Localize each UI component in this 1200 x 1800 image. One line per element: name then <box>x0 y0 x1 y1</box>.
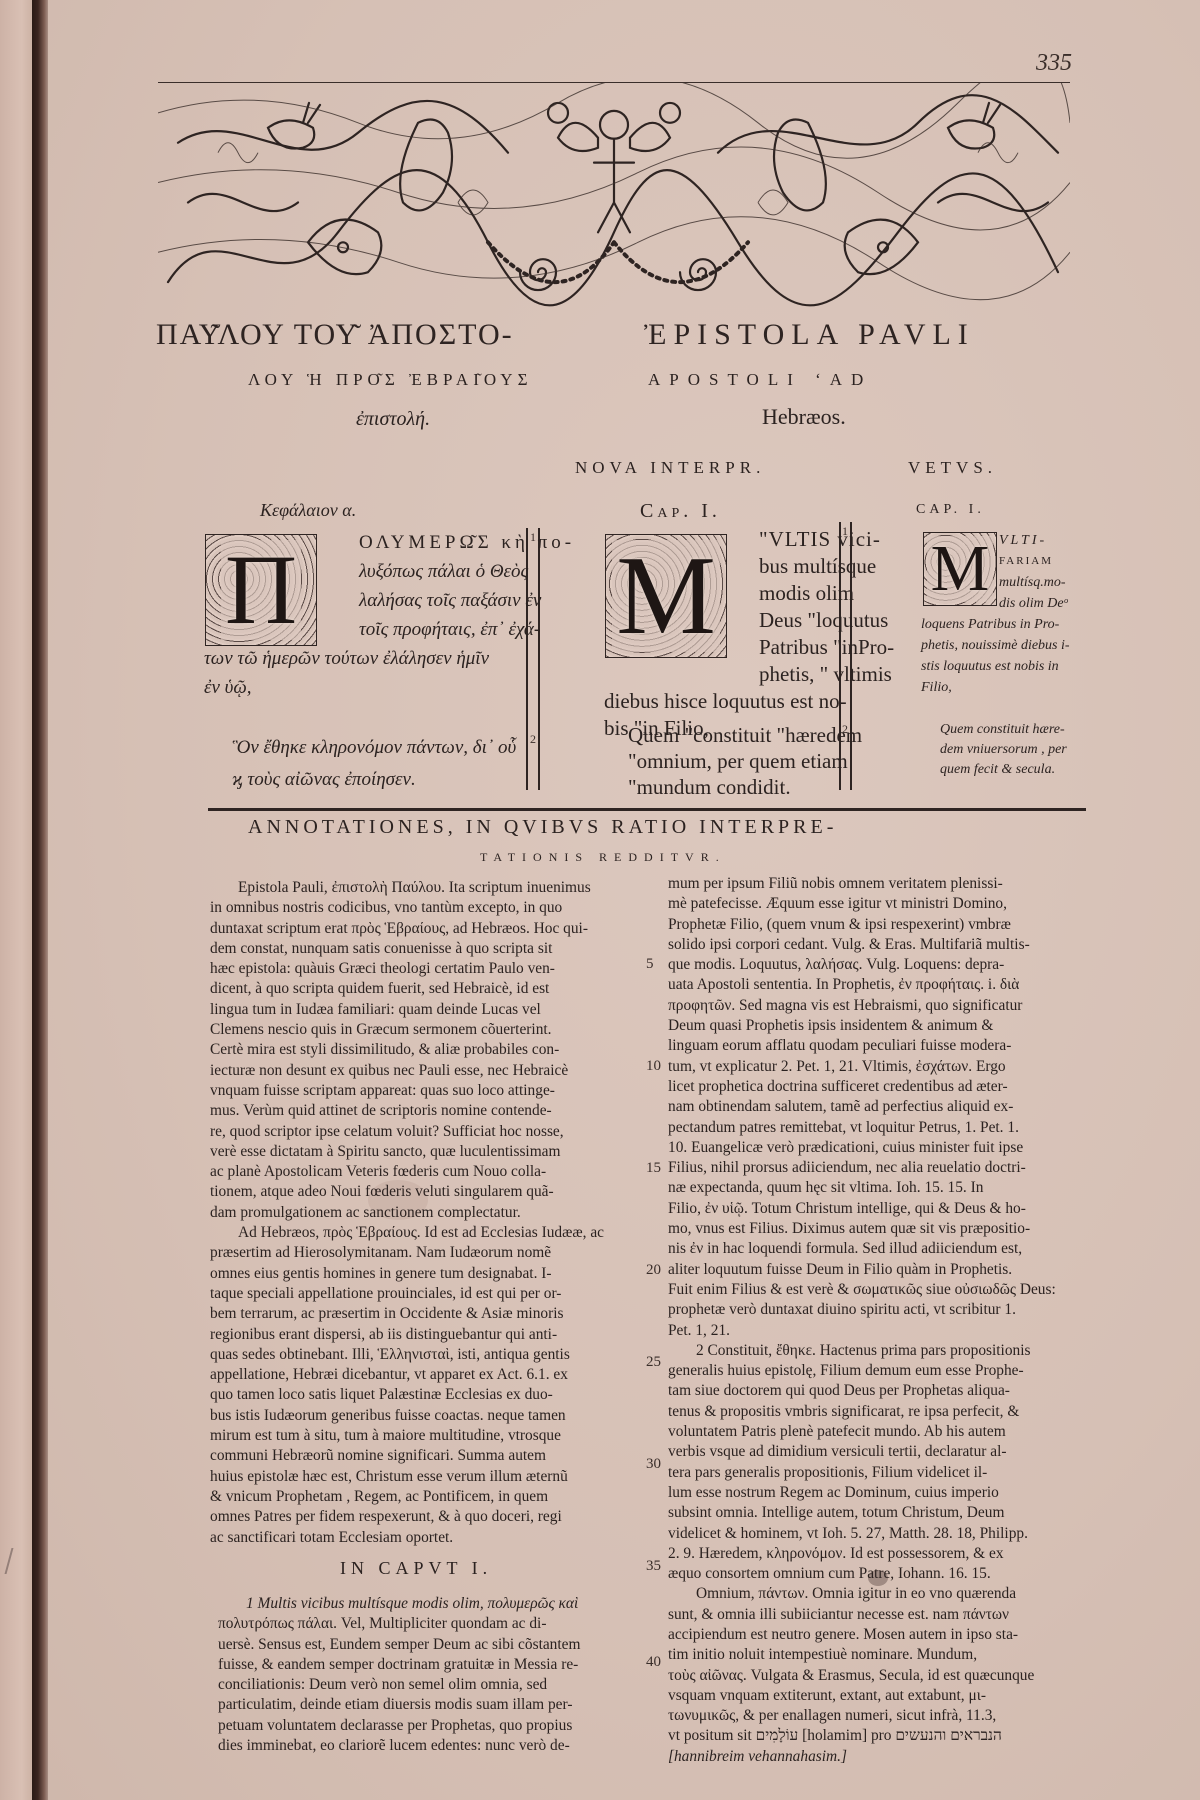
line-number: 30 <box>646 1456 661 1473</box>
nova-text-verse-2: Quem "constituit "hæredem "omnium, per q… <box>628 722 862 800</box>
title-row: ΠΑΥ͂ΛΟΥ ΤΟΥ͂ ἈΠΟΣΤΟ- ἘPISTOLA PAVLI <box>156 318 1086 358</box>
line-number: 5 <box>646 956 654 973</box>
greek-text-verse-1: ΟΛΥΜΕΡΩ͂Σ κὴ πο- λυξόπως πάλαι ὁ Θεὸς λα… <box>204 528 584 702</box>
nova-text-verse-1: "VLTIS vici- bus multísque modis olim De… <box>604 526 894 742</box>
annotations-right-column: mum per ipsum Filiũ nobis omnem veritate… <box>668 874 1098 1767</box>
vetus-text-verse-2: Quem constituit hære- dem vniuersorum , … <box>940 720 1067 780</box>
line-number: 10 <box>646 1058 661 1075</box>
book-page: 335 <box>48 0 1200 1800</box>
facing-page-edge <box>0 0 36 1800</box>
subtitle-latin-line3: Hebræos. <box>762 404 846 430</box>
line-number: 20 <box>646 1262 661 1279</box>
vetus-text-verse-1: VLTI- FARIAM multísq.mo- dis olim Deᵒ lo… <box>921 530 1096 698</box>
in-caput-heading: IN CAPVT I. <box>340 1558 492 1579</box>
verse-number: 2 <box>530 732 536 747</box>
subtitle-latin-line2: APOSTOLI ʻAD <box>648 370 872 390</box>
line-number: 25 <box>646 1354 661 1371</box>
subtitle-greek-line2: ΛΟΥ Ἡ ΠΡΟ͂Σ ἘΒΡΑΙ͂ΟΥΣ <box>248 370 532 390</box>
caput-annotation-column: 1 Multis vicibus multísque modis olim, π… <box>218 1594 648 1756</box>
ornamental-headpiece <box>158 82 1070 308</box>
annotations-left-column: Epistola Pauli, ἐπιστολὴ Παύλου. Ita scr… <box>210 878 640 1548</box>
column-header-nova: NOVA INTERPR. <box>575 458 765 478</box>
column-header-vetus: VETVS. <box>908 458 997 478</box>
title-latin: ἘPISTOLA PAVLI <box>644 318 975 352</box>
section-divider <box>208 808 1086 811</box>
subtitle-greek-line3: ἐπιστολή. <box>356 408 430 431</box>
chapter-heading-nova: Cap. I. <box>640 500 721 523</box>
woodcut-ornament-icon <box>158 83 1070 308</box>
line-number: 35 <box>646 1558 661 1575</box>
annotations-heading: ANNOTATIONES, IN QVIBVS RATIO INTERPRE- <box>248 816 837 839</box>
chapter-heading-greek: Κεφάλαιον α. <box>260 500 356 521</box>
line-number: 15 <box>646 1160 661 1177</box>
annotations-subheading: TATIONIS REDDITVR. <box>480 850 726 865</box>
title-greek: ΠΑΥ͂ΛΟΥ ΤΟΥ͂ ἈΠΟΣΤΟ- <box>156 318 514 352</box>
chapter-heading-vetus: CAP. I. <box>916 502 985 518</box>
greek-text-verse-2: Ὃν ἔθηκε κληρονόμον πάντων, δι᾽ οὗ ϗ τοὺ… <box>232 732 516 796</box>
page-number: 335 <box>1036 50 1072 77</box>
line-number: 40 <box>646 1654 661 1671</box>
